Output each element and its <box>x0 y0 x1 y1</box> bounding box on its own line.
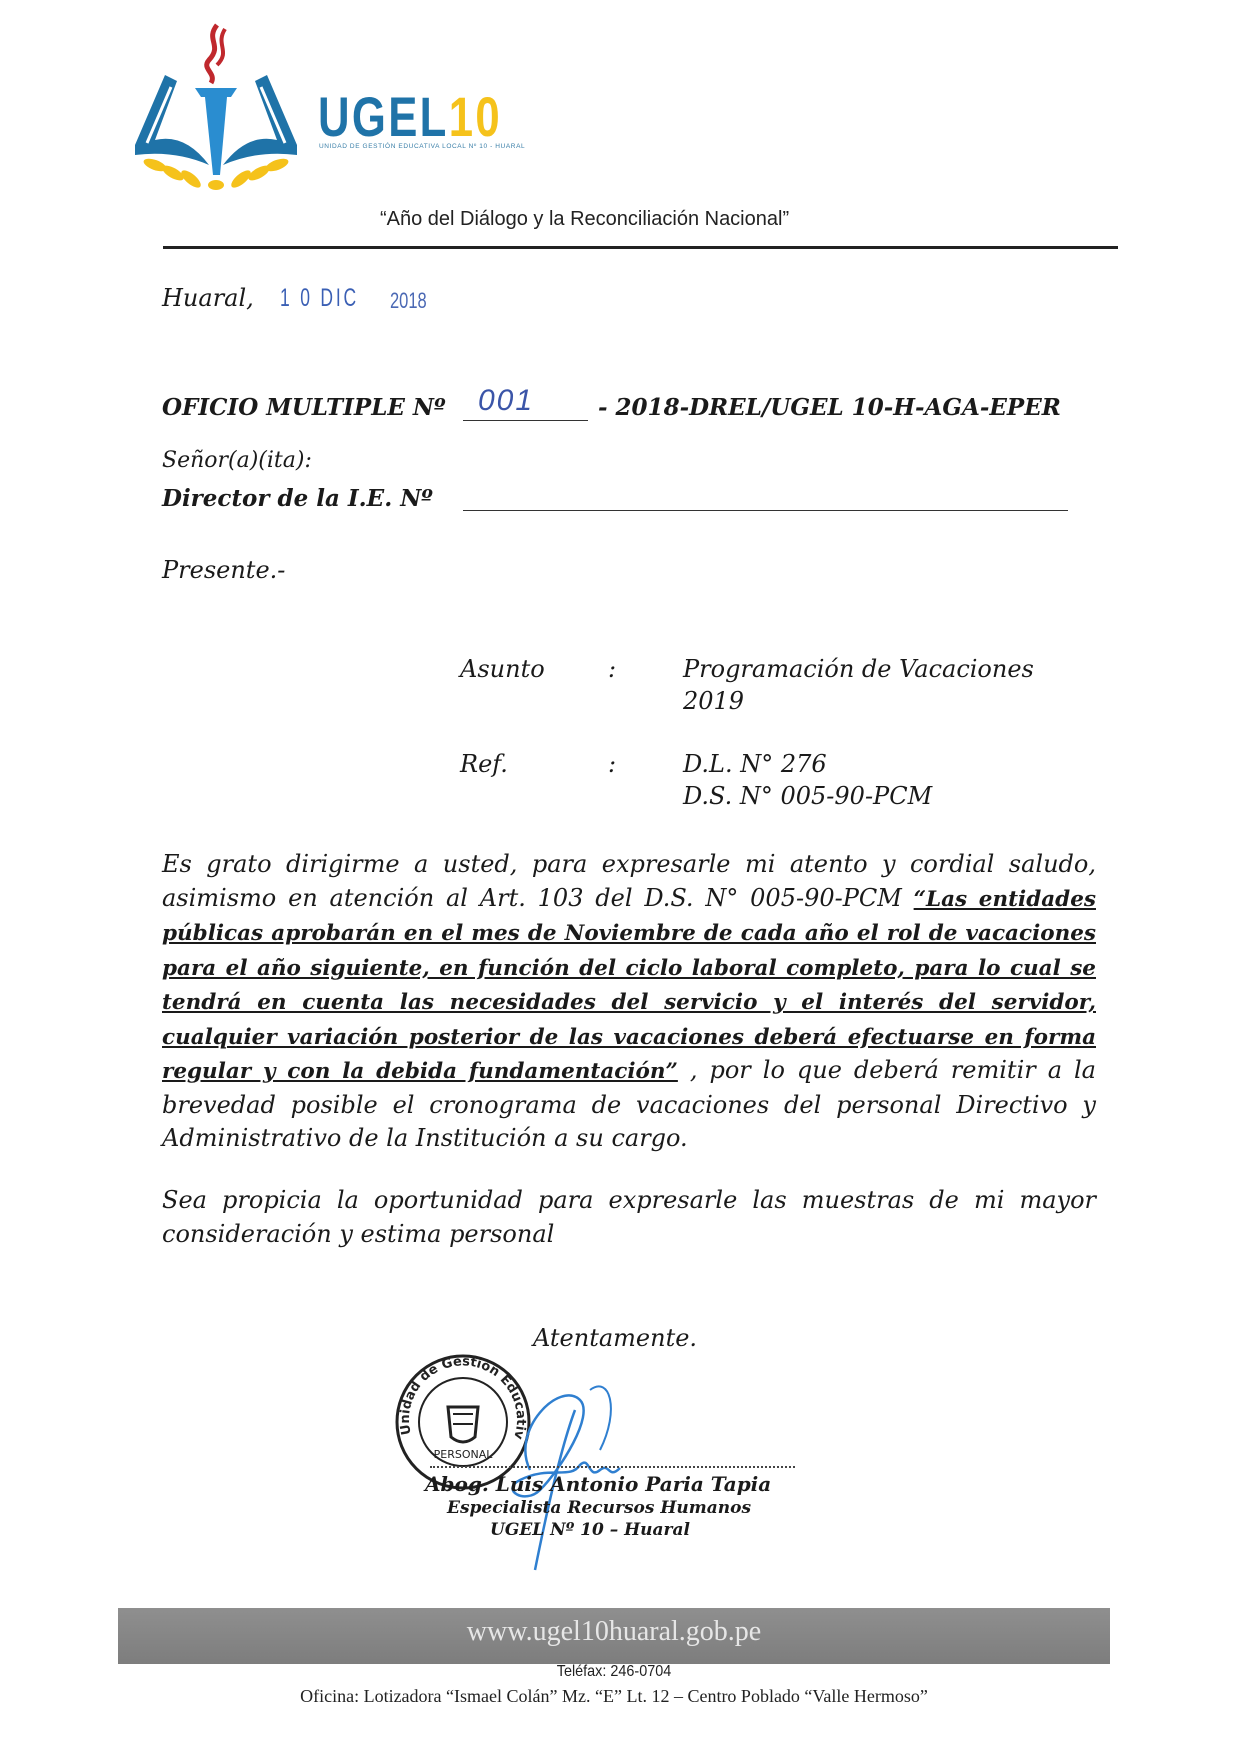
asunto-value-line1: Programación de Vacaciones <box>683 653 1034 685</box>
logo-wordmark: UGEL10 <box>318 84 502 149</box>
ref-colon: : <box>608 750 616 778</box>
signer-name: Abog. Luis Antonio Paria Tapia <box>425 1472 771 1496</box>
oficio-number-line <box>463 420 588 421</box>
ref-value-line1: D.L. N° 276 <box>683 748 932 780</box>
logo-subtitle: UNIDAD DE GESTIÓN EDUCATIVA LOCAL Nº 10 … <box>319 143 525 150</box>
logo-text-number: 10 <box>449 85 502 148</box>
valediction: Atentamente. <box>533 1324 697 1352</box>
director-number-line <box>463 510 1068 511</box>
footer-telefax: Teléfax: 246-0704 <box>168 1663 1061 1681</box>
footer-address: Oficina: Lotizadora “Ismael Colán” Mz. “… <box>118 1686 1110 1707</box>
asunto-value-line2: 2019 <box>683 685 1034 717</box>
closing-paragraph: Sea propicia la oportunidad para expresa… <box>162 1184 1096 1251</box>
body-paragraph: Es grato dirigirme a usted, para expresa… <box>162 848 1096 1156</box>
body-legal-quote: “Las entidades públicas aprobarán en el … <box>162 887 1096 1085</box>
ref-value: D.L. N° 276 D.S. N° 005-90-PCM <box>683 748 932 812</box>
header-divider <box>163 246 1118 249</box>
footer-website: www.ugel10huaral.gob.pe <box>118 1616 1110 1648</box>
year-motto: “Año del Diálogo y la Reconciliación Nac… <box>380 208 789 231</box>
recipient-presente: Presente.- <box>162 556 285 584</box>
logo-text-ugel: UGEL <box>318 85 449 148</box>
signer-organization: UGEL Nº 10 – Huaral <box>490 1520 690 1540</box>
signature-line <box>430 1466 795 1468</box>
date-stamp-year: 2018 <box>390 288 427 314</box>
date-place: Huaral, <box>162 284 254 312</box>
date-stamp-day-month: 1 0 DIC <box>280 284 359 313</box>
asunto-value: Programación de Vacaciones 2019 <box>683 653 1034 717</box>
recipient-salutation: Señor(a)(ita): <box>162 448 312 473</box>
ref-label: Ref. <box>460 750 508 778</box>
oficio-label: OFICIO MULTIPLE Nº <box>162 394 445 421</box>
signer-role: Especialista Recursos Humanos <box>447 1498 751 1518</box>
oficio-number-handwritten: 001 <box>478 384 534 418</box>
asunto-colon: : <box>608 655 616 683</box>
asunto-label: Asunto <box>460 655 545 683</box>
recipient-director-label: Director de la I.E. Nº <box>162 485 433 512</box>
ref-value-line2: D.S. N° 005-90-PCM <box>683 780 932 812</box>
oficio-code: - 2018-DREL/UGEL 10-H-AGA-EPER <box>598 394 1061 421</box>
